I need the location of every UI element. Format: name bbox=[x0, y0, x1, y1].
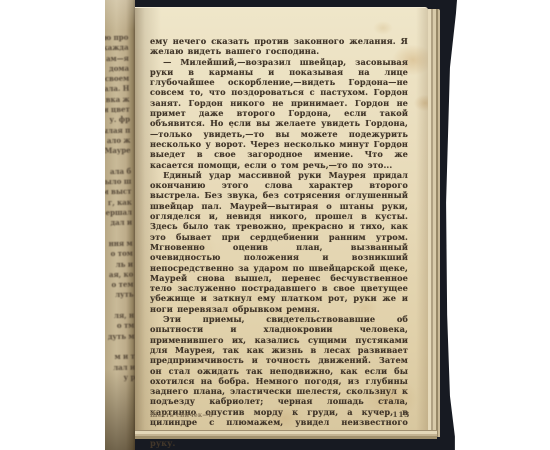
left-page-fragment-line: о том bbox=[105, 249, 133, 260]
page-footer: Шесть спичек—8 113 bbox=[150, 410, 410, 419]
left-page-fragment-line: ам—я bbox=[105, 53, 129, 64]
left-page-fragment-line: дома bbox=[105, 64, 129, 75]
paragraph: Эти приемы, свидетельствовавшие об опытн… bbox=[150, 314, 408, 448]
left-page-fragment-line: лал и bbox=[105, 362, 135, 373]
left-page-fragment-line: ая, ко bbox=[105, 269, 133, 280]
paragraph: Единый удар массивной руки Маурея придал… bbox=[150, 170, 408, 314]
left-page-fragment-line: ылая п bbox=[105, 125, 130, 136]
left-page-fragment-line: и цвет bbox=[105, 105, 130, 116]
left-page-fragment-line: луть bbox=[105, 290, 134, 301]
left-page-fragment-line bbox=[105, 383, 135, 394]
left-page-fragment-line: о тем bbox=[105, 280, 134, 291]
left-page-fragment-line: ння м bbox=[105, 239, 133, 250]
left-page-fragment-line: вка ж bbox=[105, 94, 130, 105]
left-page-fragment-line: ала. Н bbox=[105, 84, 130, 95]
left-page-fragment-line: своем bbox=[105, 74, 129, 85]
left-page-fragment-line: кажда bbox=[105, 43, 129, 54]
left-page-fragment-line: ыло ш bbox=[105, 177, 131, 188]
left-page-fragment-line: ало ж bbox=[105, 136, 131, 147]
left-page-fragment-line: ю про bbox=[105, 33, 128, 44]
bottom-page-stack bbox=[135, 430, 437, 439]
left-page-fragment-line: ершал bbox=[105, 208, 132, 219]
left-page-fragment-line: ала б bbox=[105, 167, 131, 178]
left-page-fragment-line: дал и bbox=[105, 218, 132, 229]
left-page-fragment-line bbox=[105, 300, 134, 311]
right-page: ему нечего сказать против законного жела… bbox=[135, 7, 428, 431]
left-page-fragment-line bbox=[105, 156, 131, 167]
left-page-fragment-line: у. фр bbox=[105, 115, 130, 126]
left-page-fragment-line: м выст bbox=[105, 187, 132, 198]
left-page-fragment-line: Мауре bbox=[105, 146, 131, 157]
left-page-fragment-line: о тм bbox=[105, 321, 134, 332]
foxing-specks bbox=[135, 8, 137, 10]
fore-edge-page-stack bbox=[428, 9, 440, 437]
paragraph: ему нечего сказать против законного жела… bbox=[150, 36, 408, 57]
left-page-fragment-line: г, как bbox=[105, 197, 132, 208]
left-page-fragment-line: ля, н bbox=[105, 311, 134, 322]
page-number: 113 bbox=[393, 410, 410, 419]
left-page-fragment-line: м и т bbox=[105, 352, 135, 363]
left-page-fragment-line: ль и bbox=[105, 259, 133, 270]
page-text: ему нечего сказать против законного жела… bbox=[150, 36, 408, 448]
left-page-sliver: ю прокаждаам—ядомасвоемала. Нвка жи цвет… bbox=[105, 0, 135, 450]
left-page-fragment-line bbox=[105, 342, 135, 353]
paragraph: — Милейший,—возразил швейцар, засовывая … bbox=[150, 57, 408, 170]
left-page-text-fragments: ю прокаждаам—ядомасвоемала. Нвка жи цвет… bbox=[105, 33, 135, 394]
left-page-fragment-line: у р bbox=[105, 372, 135, 383]
left-page-fragment-line bbox=[105, 228, 133, 239]
book-photo: ю прокаждаам—ядомасвоемала. Нвка жи цвет… bbox=[105, 0, 457, 450]
left-page-fragment-line: дуть м bbox=[105, 331, 135, 342]
signature-mark: Шесть спичек—8 bbox=[150, 412, 213, 419]
